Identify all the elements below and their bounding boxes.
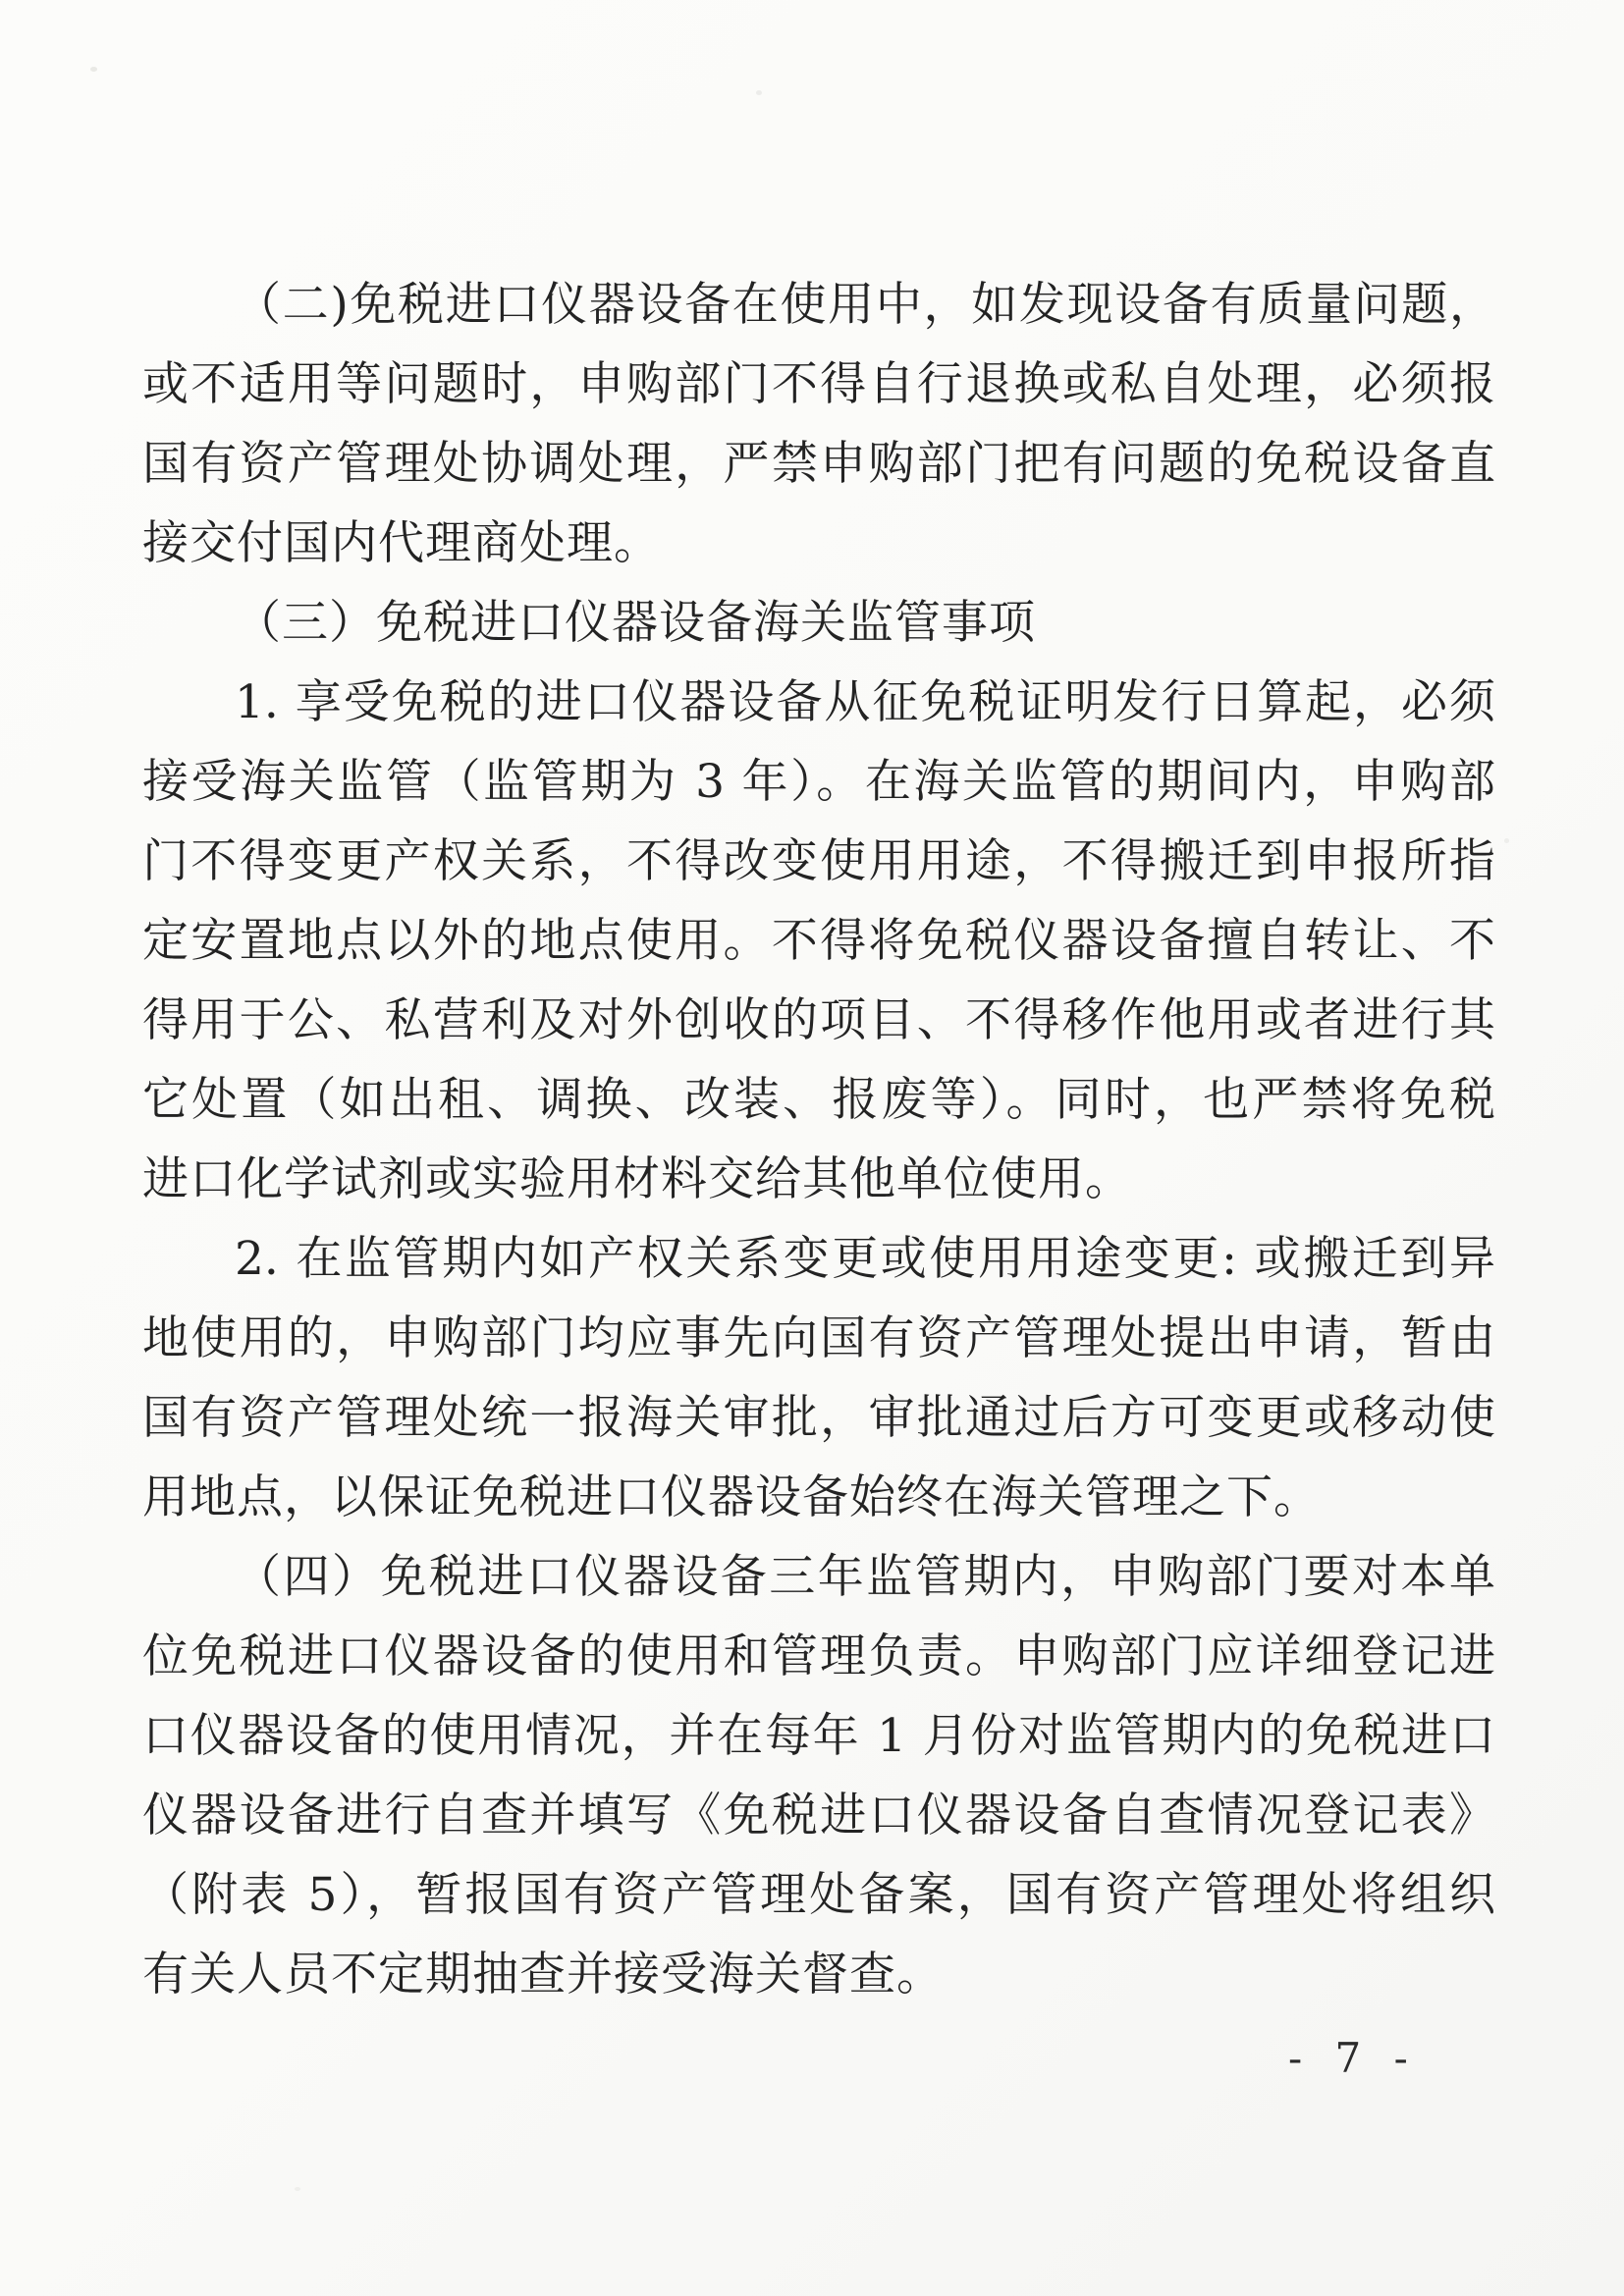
scan-speck (756, 90, 762, 95)
text-line: 国有资产管理处统一报海关审批，审批通过后方可变更或移动使 (142, 1378, 1495, 1458)
document-body: （二)免税进口仪器设备在使用中，如发现设备有质量问题， 或不适用等问题时，申购部… (142, 265, 1495, 2014)
text-line: 得用于公、私营利及对外创收的项目、不得移作他用或者进行其 (142, 981, 1495, 1060)
scan-speck (295, 2187, 300, 2191)
text-line: 定安置地点以外的地点使用。不得将免税仪器设备擅自转让、不 (142, 901, 1495, 981)
text-line: 它处置（如出租、调换、改装、报废等）。同时，也严禁将免税 (142, 1060, 1495, 1140)
scan-speck (1504, 838, 1509, 843)
text-line: （附表 5），暂报国有资产管理处备案，国有资产管理处将组织 (142, 1855, 1495, 1935)
text-line: 有关人员不定期抽查并接受海关督查。 (142, 1935, 1495, 2014)
text-line: 接交付国内代理商处理。 (142, 504, 1495, 583)
text-line: 仪器设备进行自查并填写《免税进口仪器设备自查情况登记表》 (142, 1776, 1495, 1855)
text-line: （四）免税进口仪器设备三年监管期内，申购部门要对本单 (142, 1537, 1495, 1617)
scan-speck (90, 67, 97, 72)
text-line: 或不适用等问题时，申购部门不得自行退换或私自处理，必须报 (142, 345, 1495, 424)
text-line: 地使用的，申购部门均应事先向国有资产管理处提出申请，暂由 (142, 1299, 1495, 1378)
text-line: 2. 在监管期内如产权关系变更或使用用途变更: 或搬迁到异 (142, 1219, 1495, 1299)
text-line: （二)免税进口仪器设备在使用中，如发现设备有质量问题， (142, 265, 1495, 345)
text-line: 门不得变更产权关系，不得改变使用用途，不得搬迁到申报所指 (142, 822, 1495, 901)
text-line: 1. 享受免税的进口仪器设备从征免税证明发行日算起，必须 (142, 663, 1495, 742)
page-number: - 7 - (1288, 2034, 1418, 2082)
text-line: 用地点，以保证免税进口仪器设备始终在海关管理之下。 (142, 1458, 1495, 1537)
text-line: 国有资产管理处协调处理，严禁申购部门把有问题的免税设备直 (142, 424, 1495, 504)
document-page: （二)免税进口仪器设备在使用中，如发现设备有质量问题， 或不适用等问题时，申购部… (0, 0, 1624, 2296)
text-line: 进口化学试剂或实验用材料交给其他单位使用。 (142, 1140, 1495, 1219)
text-line: 接受海关监管（监管期为 3 年）。在海关监管的期间内，申购部 (142, 742, 1495, 822)
section-heading: （三）免税进口仪器设备海关监管事项 (142, 583, 1495, 663)
text-line: 口仪器设备的使用情况，并在每年 1 月份对监管期内的免税进口 (142, 1696, 1495, 1776)
text-line: 位免税进口仪器设备的使用和管理负责。申购部门应详细登记进 (142, 1617, 1495, 1696)
